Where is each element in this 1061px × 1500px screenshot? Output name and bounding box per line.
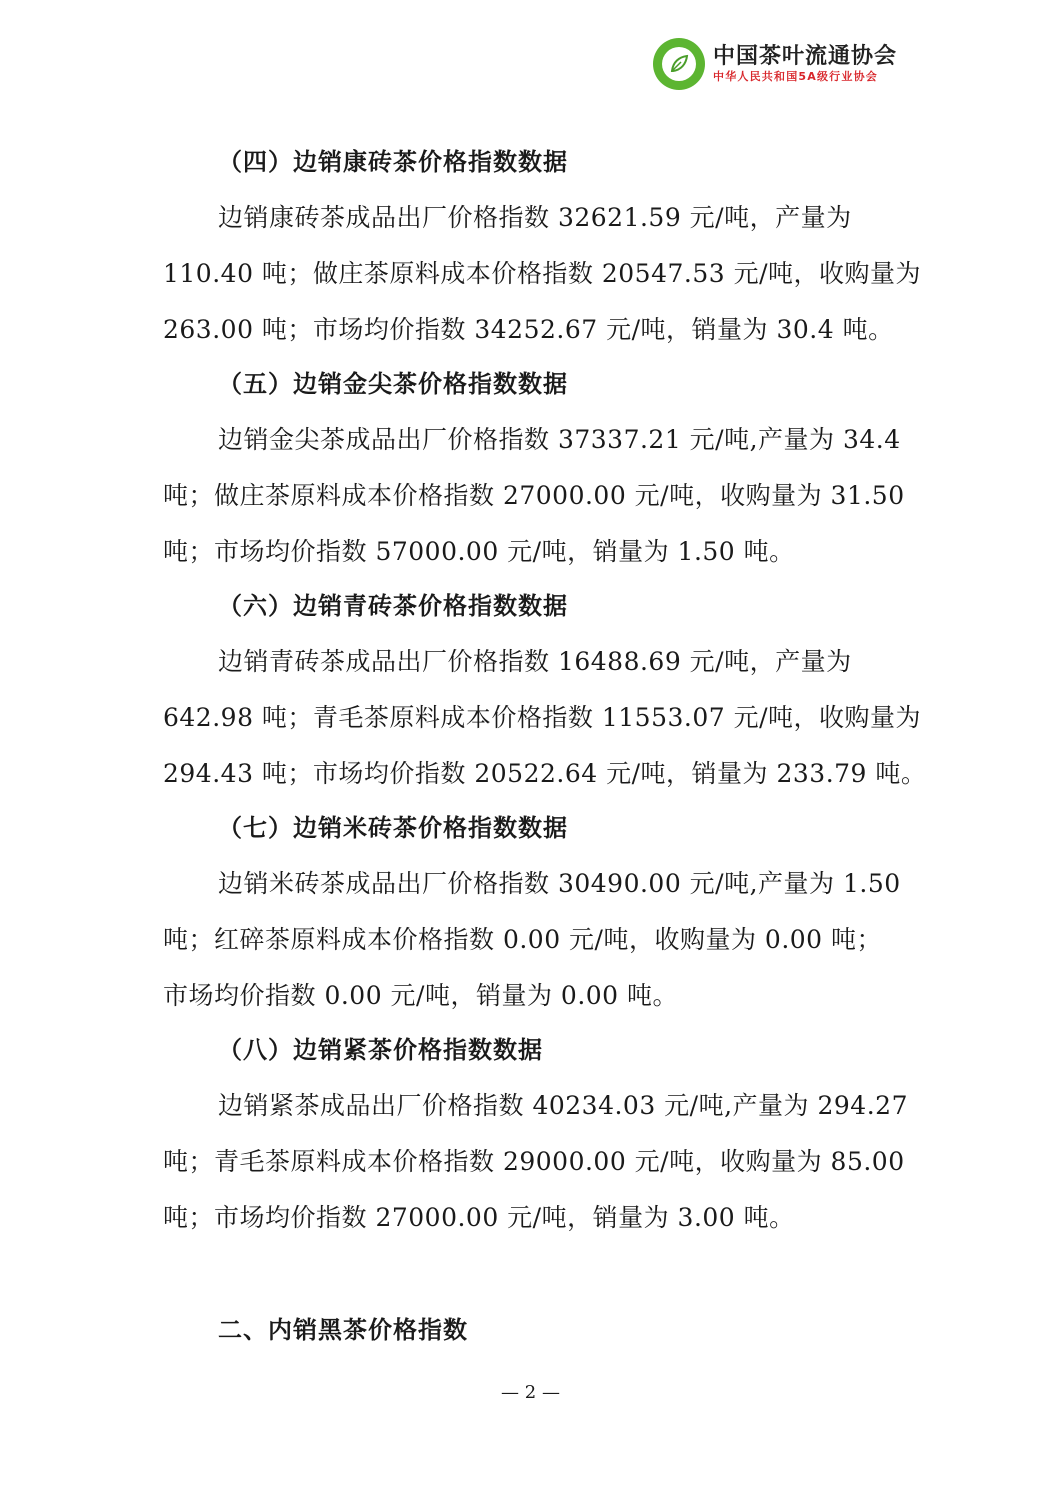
section-heading: （八）边销紧茶价格指数数据 bbox=[218, 1030, 543, 1065]
tea-leaf-icon bbox=[667, 52, 691, 76]
paragraph-line: 市场均价指数 0.00 元/吨，销量为 0.00 吨。 bbox=[163, 976, 678, 1012]
paragraph-line: 边销紧茶成品出厂价格指数 40234.03 元/吨,产量为 294.27 bbox=[218, 1086, 908, 1122]
section-heading: （六）边销青砖茶价格指数数据 bbox=[218, 586, 568, 621]
logo-emblem bbox=[653, 38, 705, 90]
paragraph-line: 110.40 吨；做庄茶原料成本价格指数 20547.53 元/吨，收购量为 bbox=[163, 254, 921, 290]
paragraph-line: 边销青砖茶成品出厂价格指数 16488.69 元/吨，产量为 bbox=[218, 642, 852, 678]
org-name: 中国茶叶流通协会 bbox=[713, 44, 897, 70]
page-number: — 2 — bbox=[0, 1382, 1061, 1403]
association-logo: 中国茶叶流通协会 中华人民共和国5A级行业协会 bbox=[653, 38, 897, 90]
org-subtitle: 中华人民共和国5A级行业协会 bbox=[713, 70, 897, 84]
paragraph-line: 吨；做庄茶原料成本价格指数 27000.00 元/吨，收购量为 31.50 bbox=[163, 476, 905, 512]
paragraph-line: 吨；市场均价指数 27000.00 元/吨，销量为 3.00 吨。 bbox=[163, 1198, 795, 1234]
paragraph-line: 吨；市场均价指数 57000.00 元/吨，销量为 1.50 吨。 bbox=[163, 532, 795, 568]
paragraph-line: 边销金尖茶成品出厂价格指数 37337.21 元/吨,产量为 34.4 bbox=[218, 420, 901, 456]
section-heading: （五）边销金尖茶价格指数数据 bbox=[218, 364, 568, 399]
paragraph-line: 吨；青毛茶原料成本价格指数 29000.00 元/吨，收购量为 85.00 bbox=[163, 1142, 905, 1178]
section-heading: （七）边销米砖茶价格指数数据 bbox=[218, 808, 568, 843]
chapter-heading: 二、内销黑茶价格指数 bbox=[218, 1310, 468, 1345]
paragraph-line: 边销米砖茶成品出厂价格指数 30490.00 元/吨,产量为 1.50 bbox=[218, 864, 901, 900]
paragraph-line: 263.00 吨；市场均价指数 34252.67 元/吨，销量为 30.4 吨。 bbox=[163, 310, 894, 346]
paragraph-line: 642.98 吨；青毛茶原料成本价格指数 11553.07 元/吨，收购量为 bbox=[163, 698, 921, 734]
paragraph-line: 294.43 吨；市场均价指数 20522.64 元/吨，销量为 233.79 … bbox=[163, 754, 926, 790]
section-heading: （四）边销康砖茶价格指数数据 bbox=[218, 142, 568, 177]
paragraph-line: 吨；红碎茶原料成本价格指数 0.00 元/吨，收购量为 0.00 吨； bbox=[163, 920, 882, 956]
paragraph-line: 边销康砖茶成品出厂价格指数 32621.59 元/吨，产量为 bbox=[218, 198, 852, 234]
